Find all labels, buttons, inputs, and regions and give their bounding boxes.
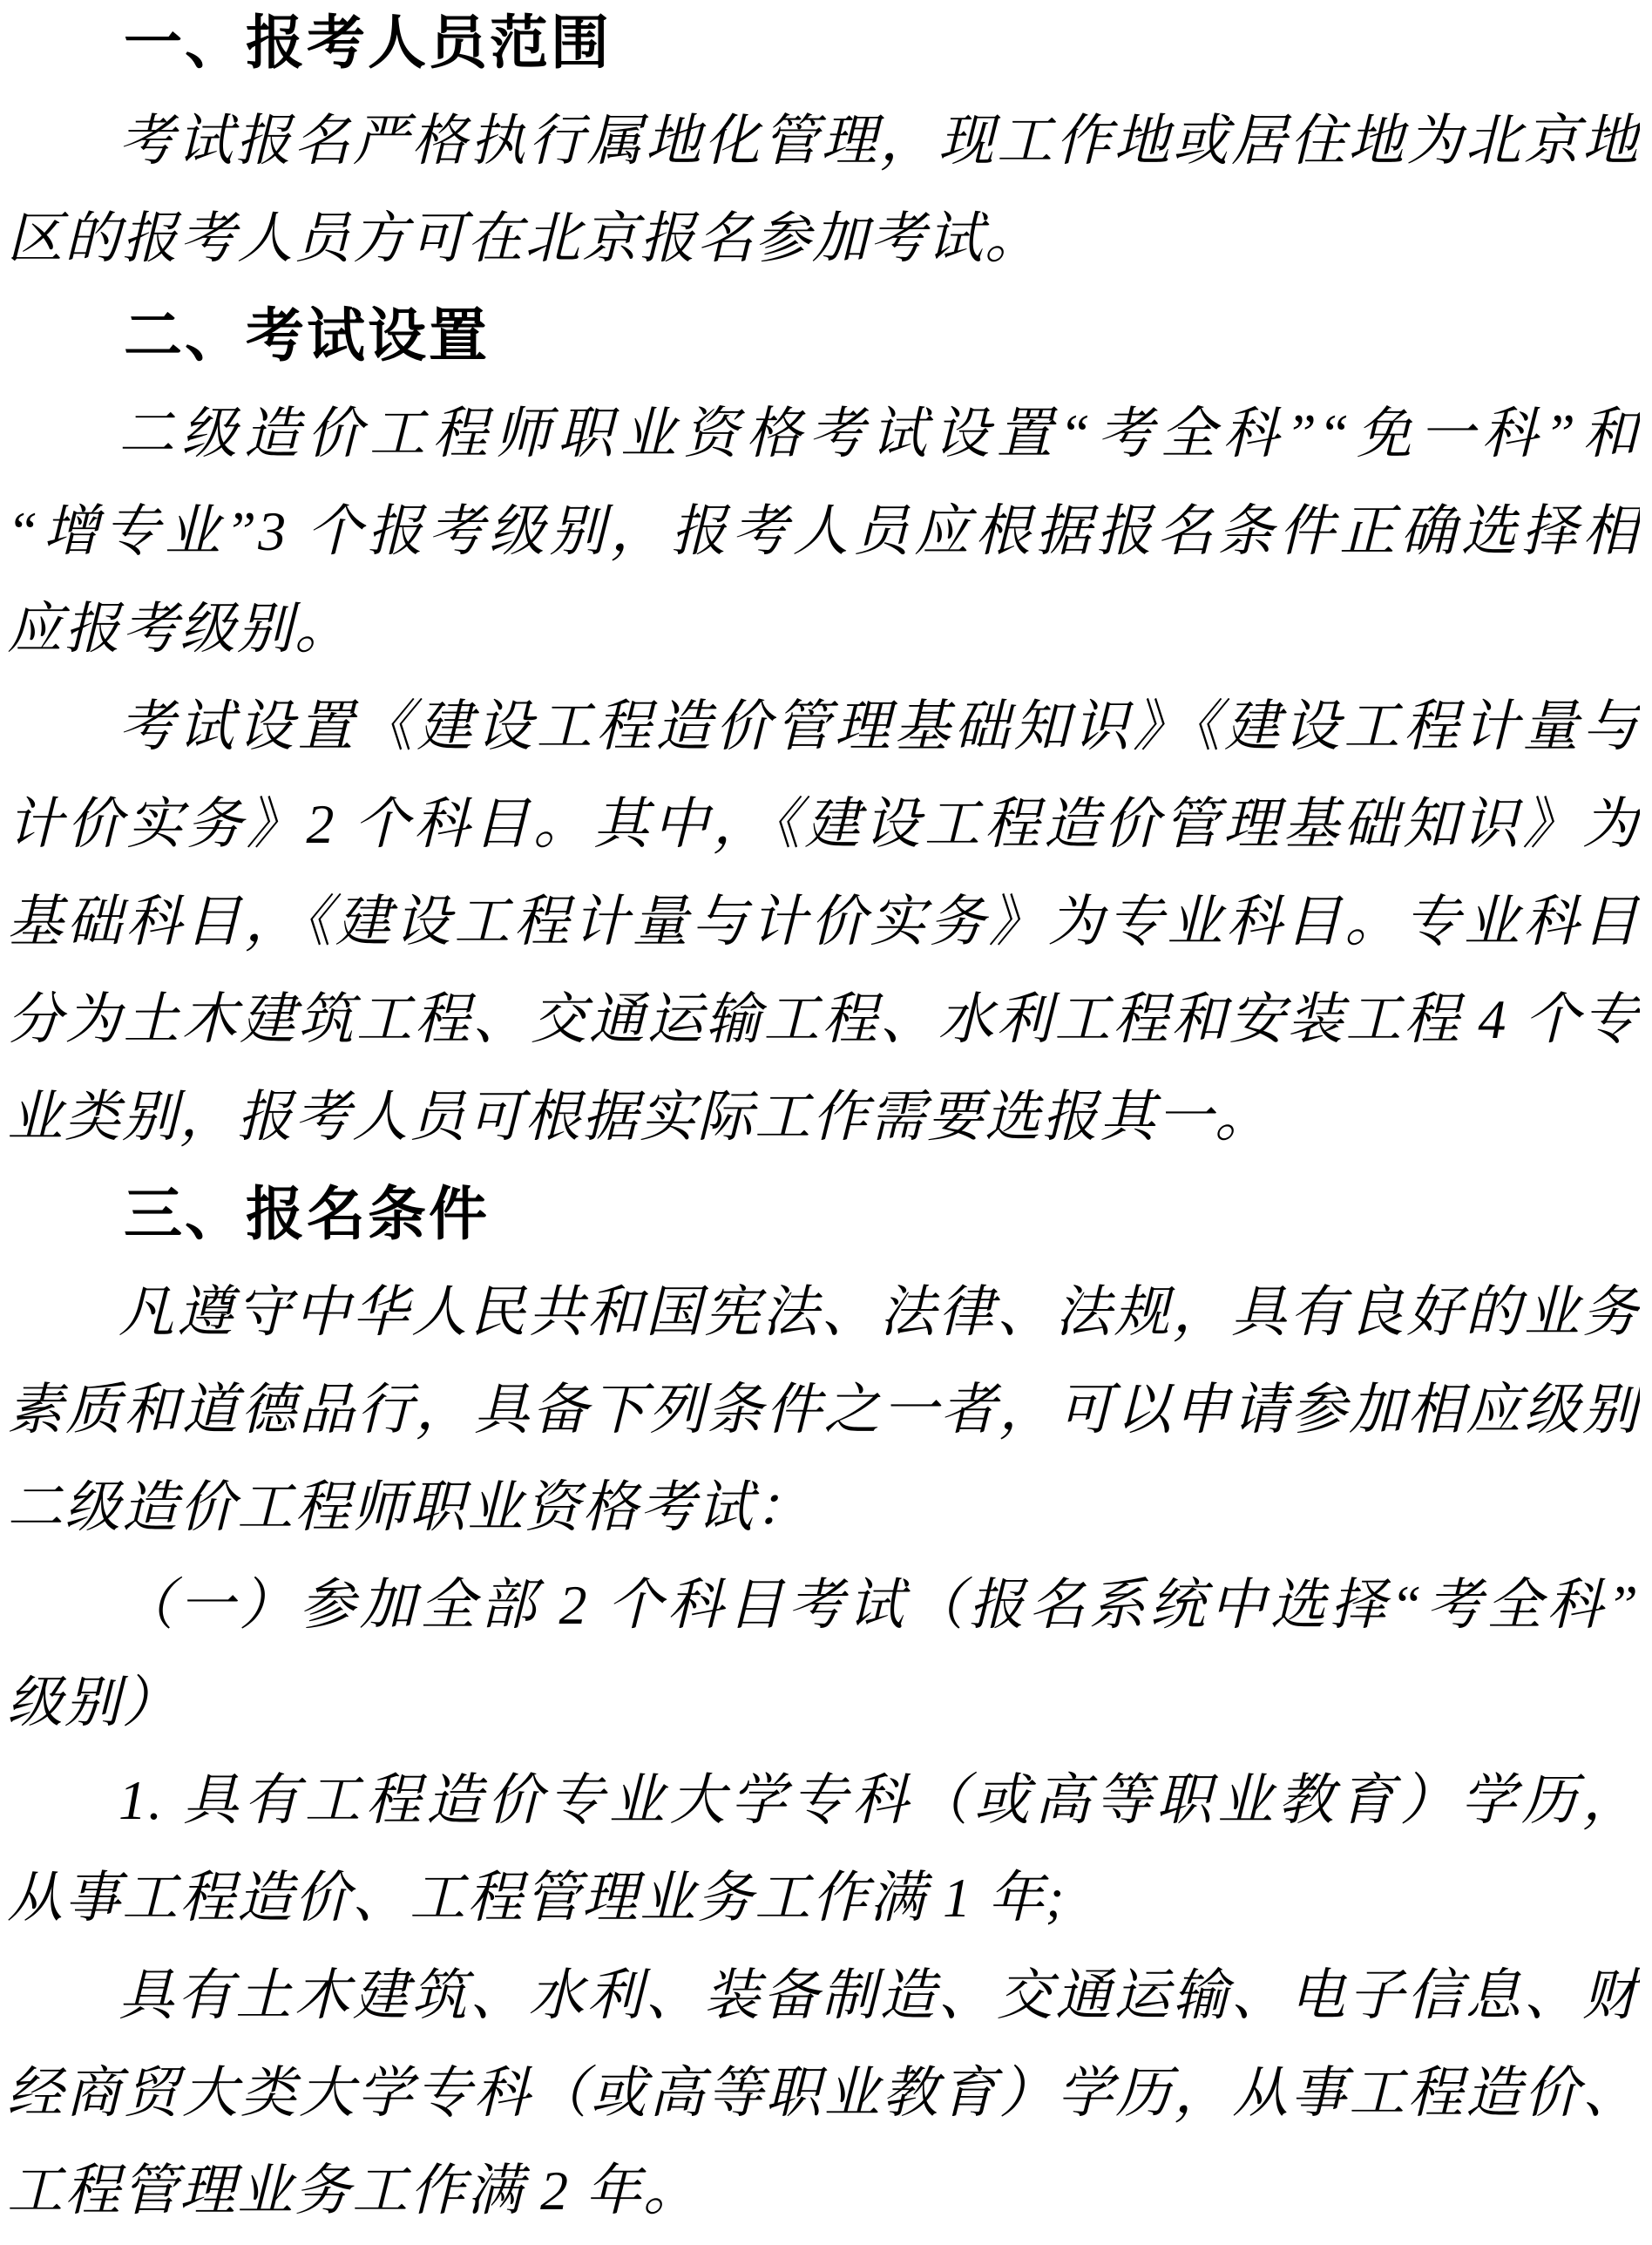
document-page: 一、报考人员范围 考试报名严格执行属地化管理，现工作地或居住地为北京地 区的报考…: [0, 0, 1652, 2245]
paragraph-line: 二级造价工程师职业资格考试：: [7, 1459, 1640, 1557]
paragraph-line: 经商贸大类大学专科（或高等职业教育）学历，从事工程造价、: [7, 2045, 1640, 2142]
section-heading-1: 一、报考人员范围: [7, 0, 1640, 92]
paragraph-line: 工程管理业务工作满 2 年。: [7, 2142, 1640, 2240]
paragraph-line: 具有土木建筑、水利、装备制造、交通运输、电子信息、财: [7, 1947, 1640, 2045]
paragraph-line: 二级造价工程师职业资格考试设置“考全科”“免一科”和: [7, 385, 1640, 483]
paragraph-line: （一）参加全部 2 个科目考试（报名系统中选择“考全科”: [7, 1557, 1640, 1654]
paragraph-line: 凡遵守中华人民共和国宪法、法律、法规，具有良好的业务: [7, 1264, 1640, 1361]
paragraph-line: 分为土木建筑工程、交通运输工程、水利工程和安装工程 4 个专: [7, 971, 1640, 1068]
paragraph-line: 计价实务》2 个科目。其中，《建设工程造价管理基础知识》为: [7, 776, 1640, 873]
paragraph-line: “增专业”3 个报考级别，报考人员应根据报名条件正确选择相: [7, 483, 1640, 580]
paragraph-line: 业类别，报考人员可根据实际工作需要选报其一。: [7, 1068, 1640, 1166]
paragraph-line: 考试设置《建设工程造价管理基础知识》《建设工程计量与: [7, 678, 1640, 776]
paragraph-line: 1. 具有工程造价专业大学专科（或高等职业教育）学历，: [7, 1752, 1640, 1849]
section-heading-2: 二、考试设置: [7, 288, 1640, 385]
paragraph-line: 从事工程造价、工程管理业务工作满 1 年;: [7, 1849, 1640, 1947]
paragraph-line: 级别）: [7, 1654, 1640, 1752]
paragraph-line: 应报考级别。: [7, 580, 1640, 678]
paragraph-line: 区的报考人员方可在北京报名参加考试。: [7, 190, 1640, 288]
paragraph-line: 基础科目，《建设工程计量与计价实务》为专业科目。专业科目: [7, 873, 1640, 971]
paragraph-line: 考试报名严格执行属地化管理，现工作地或居住地为北京地: [7, 92, 1640, 190]
paragraph-line: 素质和道德品行，具备下列条件之一者，可以申请参加相应级别: [7, 1361, 1640, 1459]
document-content: 一、报考人员范围 考试报名严格执行属地化管理，现工作地或居住地为北京地 区的报考…: [7, 0, 1640, 2240]
section-heading-3: 三、报名条件: [7, 1166, 1640, 1264]
